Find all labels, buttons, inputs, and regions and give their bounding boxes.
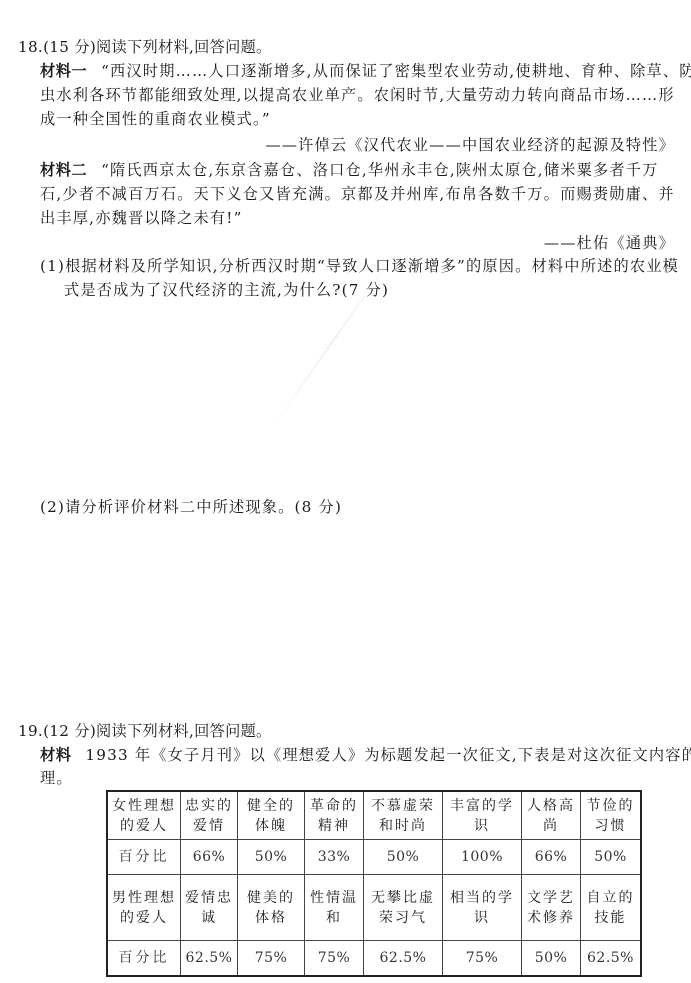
q18-sub2: (2)请分析评价材料二中所述现象。(8 分) <box>40 496 342 518</box>
q18-material1-line3: 成一种全国性的重商农业模式。” <box>40 108 271 130</box>
table-cell: 人格高尚 <box>522 791 581 840</box>
table-cell: 不慕虚荣和时尚 <box>364 791 443 840</box>
q19-material-line1: 材料1933 年《女子月刊》以《理想爱人》为标题发起一次征文,下表是对这次征文内… <box>40 744 691 766</box>
q18-material2-source: ——杜佑《通典》 <box>544 232 675 254</box>
watermark <box>269 250 397 431</box>
table-cell: 文学艺术修养 <box>522 875 581 941</box>
table-cell: 75% <box>305 941 364 977</box>
table-cell: 相当的学识 <box>443 875 522 941</box>
q18-instruction: (15 分)阅读下列材料,回答问题。 <box>43 38 271 56</box>
table-cell: 33% <box>305 840 364 875</box>
table-cell: 50% <box>364 840 443 875</box>
table-cell: 62.5% <box>581 941 642 977</box>
table-cell: 50% <box>581 840 642 875</box>
q18-material2-line1: 材料二“隋氏西京太仓,东京含嘉仓、洛口仓,华州永丰仓,陕州太原仓,储米粟多者千万 <box>40 159 659 181</box>
table-cell: 健全的体魄 <box>238 791 305 840</box>
q18-material2-line3: 出丰厚,亦魏晋以降之未有!” <box>40 207 243 229</box>
q18-material1-line2: 虫水利各环节都能细致处理,以提高农业单产。农闲时节,大量劳动力转向商品市场……形 <box>40 84 675 106</box>
table-cell: 75% <box>238 941 305 977</box>
table-cell: 50% <box>522 941 581 977</box>
table-cell: 革命的精神 <box>305 791 364 840</box>
table-cell: 节俭的习惯 <box>581 791 642 840</box>
table-cell: 百分比 <box>107 941 181 977</box>
table-cell: 丰富的学识 <box>443 791 522 840</box>
table-cell: 女性理想的爱人 <box>107 791 181 840</box>
q18-sub1-line2: 式是否成为了汉代经济的主流,为什么?(7 分) <box>64 279 389 301</box>
table-cell: 自立的技能 <box>581 875 642 941</box>
material2-label: 材料二 <box>40 161 87 179</box>
material1-label: 材料一 <box>40 62 87 80</box>
q18-material1-source: ——许倬云《汉代农业——中国农业经济的起源及特性》 <box>265 134 675 156</box>
table-cell: 无攀比虚荣习气 <box>364 875 443 941</box>
exam-page: 18.(15 分)阅读下列材料,回答问题。 材料一“西汉时期……人口逐渐增多,从… <box>0 0 691 983</box>
q19-number: 19. <box>18 722 43 740</box>
male-percent-row: 百分比 62.5% 75% 75% 62.5% 75% 50% 62.5% <box>107 941 641 977</box>
q19-instruction: (12 分)阅读下列材料,回答问题。 <box>43 722 271 740</box>
q19-material-line2: 理。 <box>40 767 73 789</box>
table-cell: 62.5% <box>181 941 238 977</box>
table-cell: 100% <box>443 840 522 875</box>
table-cell: 爱情忠诚 <box>181 875 238 941</box>
material-label: 材料 <box>40 746 71 764</box>
male-header-row: 男性理想的爱人 爱情忠诚 健美的体格 性情温和 无攀比虚荣习气 相当的学识 文学… <box>107 875 641 941</box>
table-cell: 62.5% <box>364 941 443 977</box>
q19-header: 19.(12 分)阅读下列材料,回答问题。 <box>18 720 272 742</box>
table-cell: 健美的体格 <box>238 875 305 941</box>
female-percent-row: 百分比 66% 50% 33% 50% 100% 66% 50% <box>107 840 641 875</box>
q18-header: 18.(15 分)阅读下列材料,回答问题。 <box>18 36 272 58</box>
q18-sub1-line1: (1)根据材料及所学知识,分析西汉时期“导致人口逐渐增多”的原因。材料中所述的农… <box>40 255 679 277</box>
table-cell: 66% <box>181 840 238 875</box>
table-cell: 百分比 <box>107 840 181 875</box>
table-cell: 性情温和 <box>305 875 364 941</box>
q18-number: 18. <box>18 38 43 56</box>
table-cell: 忠实的爱情 <box>181 791 238 840</box>
table-cell: 男性理想的爱人 <box>107 875 181 941</box>
female-header-row: 女性理想的爱人 忠实的爱情 健全的体魄 革命的精神 不慕虚荣和时尚 丰富的学识 … <box>107 791 641 840</box>
ideal-partner-table: 女性理想的爱人 忠实的爱情 健全的体魄 革命的精神 不慕虚荣和时尚 丰富的学识 … <box>106 790 642 977</box>
q18-material1-line1: 材料一“西汉时期……人口逐渐增多,从而保证了密集型农业劳动,使耕地、育种、除草、… <box>40 60 691 82</box>
table-cell: 50% <box>238 840 305 875</box>
table-cell: 66% <box>522 840 581 875</box>
q18-material2-line2: 石,少者不减百万石。天下义仓又皆充满。京都及并州库,布帛各数千万。而赐赉勋庸、并 <box>40 183 675 205</box>
table-cell: 75% <box>443 941 522 977</box>
